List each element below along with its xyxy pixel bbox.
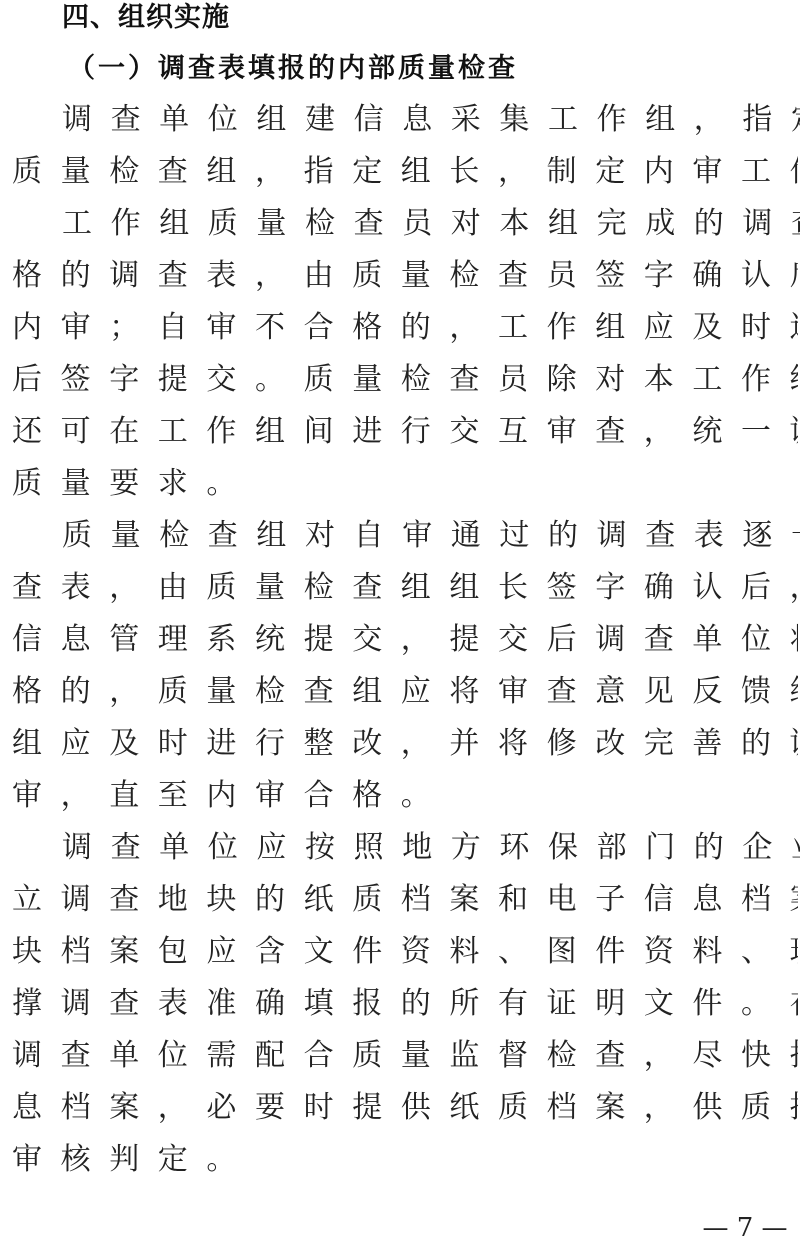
paragraph-line: 查表，由质量检查组组长签字确认后，通过重点行业企业用地调查 xyxy=(12,562,798,614)
paragraph-line: 审核判定。 xyxy=(12,1134,798,1186)
page-number: — 7 — xyxy=(690,1210,800,1246)
paragraph-line: 质量要求。 xyxy=(12,458,798,510)
paragraph-line: 质量检查组，指定组长，制定内审工作计划，统计内审一次通过率。 xyxy=(12,146,798,198)
paragraph-line: 格的调查表，由质量检查员签字确认后提交本单位质量检查组进行 xyxy=(12,250,798,302)
paragraph-line: 工作组质量检查员对本组完成的调查表逐一进行自审。自审合 xyxy=(62,198,800,250)
paragraph-line: 块档案包应含文件资料、图件资料、现场影像及记录、调查表等支 xyxy=(12,926,798,978)
paragraph-line: 撑调查表准确填报的所有证明文件。在各级质控单位进行外审时， xyxy=(12,978,798,1030)
paragraph-line: 质量检查组对自审通过的调查表逐一进行内审。内审合格的调 xyxy=(62,510,800,562)
document-page: 四、组织实施 （一）调查表填报的内部质量检查 调查单位组建信息采集工作组，指定质… xyxy=(0,0,800,1246)
paragraph-line: 格的，质量检查组应将审查意见反馈给有关责任工作组，责任工作 xyxy=(12,666,798,718)
paragraph-line: 组应及时进行整改，并将修改完善的调查表提交质量检查组再次内 xyxy=(12,718,798,770)
subsection-title: （一）调查表填报的内部质量检查 xyxy=(68,43,518,95)
paragraph-line: 调查单位需配合质量监督检查，尽快提供被抽中地块的完整电子信 xyxy=(12,1030,798,1082)
paragraph-line: 审，直至内审合格。 xyxy=(12,770,798,822)
paragraph-line: 调查单位组建信息采集工作组，指定质量检查员；组建信息采集 xyxy=(62,94,800,146)
paragraph-line: 信息管理系统提交，提交后调查单位将不能更改调查表；内审不合 xyxy=(12,614,798,666)
section-title: 四、组织实施 xyxy=(62,0,230,44)
paragraph-line: 后签字提交。质量检查员除对本工作组完成的调查表进行自审外， xyxy=(12,354,798,406)
paragraph-line: 立调查地块的纸质档案和电子信息档案，并进行分类管理。调查地 xyxy=(12,874,798,926)
paragraph-line: 息档案，必要时提供纸质档案，供质控单位用于调查表填报质量的 xyxy=(12,1082,798,1134)
paragraph-line: 内审；自审不合格的，工作组应及时进行修改完善，直至自审合格 xyxy=(12,302,798,354)
paragraph-line: 还可在工作组间进行交互审查，统一调查单位内部各工作组之间的 xyxy=(12,406,798,458)
paragraph-line: 调查单位应按照地方环保部门的企业用地调查档案管理要求建 xyxy=(62,822,800,874)
